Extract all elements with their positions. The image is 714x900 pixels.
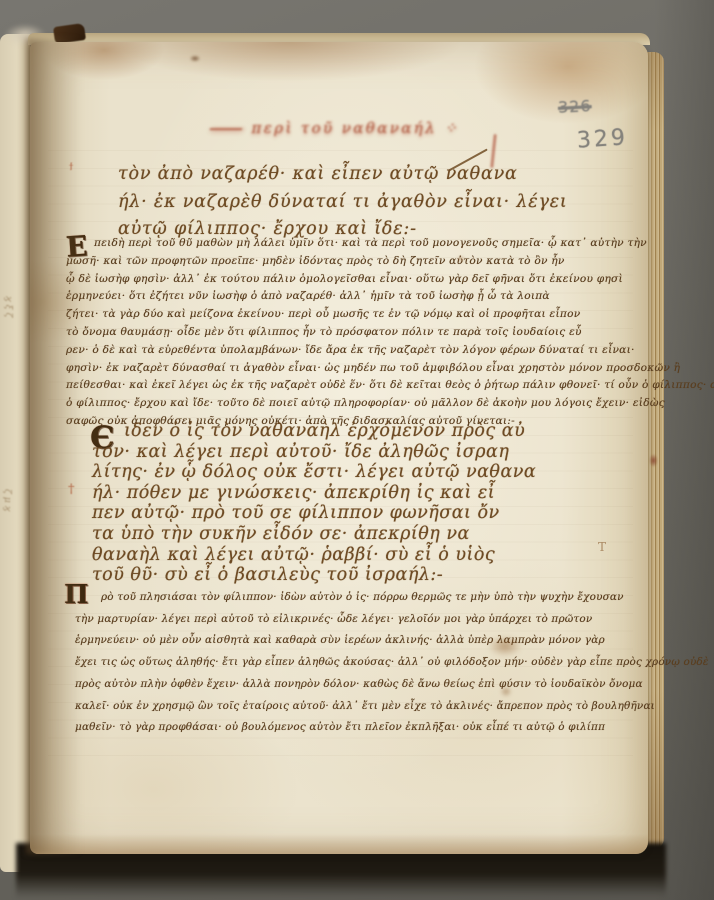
facing-page-edge: ϗξζ ζμϗ — [0, 34, 30, 872]
commentary-line: μωσῆ· καὶ τῶν προφητῶν προεῖπε· μηδὲν ἰδ… — [66, 253, 714, 271]
gospel-text-block-2: ιδεν ὁ ἰς τὸν ναθαναὴλ ἐρχόμενον πρὸς αὐ… — [92, 421, 536, 586]
ink-stain — [648, 452, 659, 469]
folio-number: 329 — [576, 125, 629, 153]
manuscript-page: —περὶ τοῦ ναθαναήλ ⁘ 326 329 ϯ τὸν ἀπὸ ν… — [30, 42, 648, 854]
gospel-line: θαναὴλ καὶ λέγει αὐτῷ· ῥαββί· σὺ εἶ ὁ υἱ… — [92, 545, 536, 566]
rubric-dash: — — [208, 119, 250, 137]
margin-cross-mark: † — [68, 482, 75, 497]
commentary-line: ὁ φίλιππος· ἔρχου καὶ ἴδε· τοῦτο δὲ ποιε… — [66, 395, 714, 413]
photo-backdrop: { "manuscript": { "folio": { "struck_num… — [0, 0, 714, 900]
commentary-line: ᾧ δὲ ἰωσὴφ φησὶν· ἀλλ᾿ ἐκ τούτου πάλιν ὁ… — [66, 271, 714, 289]
gospel-line: λίτης· ἐν ᾧ δόλος οὐκ ἔστι· λέγει αὐτῷ ν… — [92, 462, 536, 483]
commentary-line: φησὶν· ἐκ ναζαρὲτ δύνασθαί τι ἀγαθὸν εἶν… — [66, 360, 714, 378]
folio-number-struck: 326 — [558, 96, 592, 117]
page-bottom-toning — [30, 834, 648, 854]
commentary-line: πρὸς αὐτὸν πλὴν ὀφθὲν ἔχειν· ἀλλὰ πονηρὸ… — [75, 674, 709, 696]
margin-red-mark: ϯ — [69, 160, 73, 173]
gospel-line: τοῦ θῦ· σὺ εἶ ὁ βασιλεὺς τοῦ ἰσραήλ:- — [92, 565, 536, 586]
margin-t-mark: Τ — [598, 540, 606, 554]
commentary-line: καλεῖ· οὐκ ἐν χρησμῷ ὢν τοῖς ἑταίροις αὐ… — [75, 696, 709, 718]
commentary-line: πείθεσθαι· καὶ ἐκεῖ λέγει ὡς ἐκ τῆς ναζα… — [66, 377, 714, 395]
gospel-line: ήλ· ἐκ ναζαρὲθ δύναταί τι ἀγαθὸν εἶναι· … — [118, 189, 568, 217]
marginalia-squiggle: ϗξζ — [3, 296, 13, 320]
commentary-line: πειδὴ περὶ τοῦ θῦ μαθὼν μὴ λάλει ὑμῖν ὅτ… — [66, 235, 714, 253]
commentary-line: τὴν μαρτυρίαν· λέγει περὶ αὐτοῦ τὸ εἰλικ… — [75, 609, 709, 631]
commentary-block-2: ρὸ τοῦ πλησιάσαι τὸν φίλιππον· ἰδὼν αὐτὸ… — [75, 587, 709, 739]
gospel-line: τα ὑπὸ τὴν συκῆν εἶδόν σε· ἀπεκρίθη να — [92, 524, 536, 545]
commentary-line: τὸ ὄνομα θαυμάσῃ· οἶδε μὲν ὅτι φίλιππος … — [66, 324, 714, 342]
gospel-text-block-1: τὸν ἀπὸ ναζαρέθ· καὶ εἶπεν αὐτῷ ναθανα ή… — [118, 161, 568, 244]
gospel-line: ιδεν ὁ ἰς τὸν ναθαναὴλ ἐρχόμενον πρὸς αὐ — [92, 421, 536, 442]
commentary-line: ἑρμηνεύειν· οὐ μὲν οὖν αἰσθητὰ καὶ καθαρ… — [75, 630, 709, 652]
gospel-line: ήλ· πόθεν με γινώσκεις· ἀπεκρίθη ἰς καὶ … — [92, 483, 536, 504]
gospel-line: πεν αὐτῷ· πρὸ τοῦ σε φίλιππον φωνῆσαι ὄν — [92, 503, 536, 524]
commentary-line: ἔχει τις ὡς οὕτως ἀληθής· ἔτι γὰρ εἶπεν … — [75, 652, 709, 674]
commentary-line: μαθεῖν· τὸ γὰρ προφθάσαι· οὐ βουλόμενος … — [75, 717, 709, 739]
gospel-line: τὸν ἀπὸ ναζαρέθ· καὶ εἶπεν αὐτῷ ναθανα — [118, 161, 568, 189]
rubric-title: περὶ τοῦ ναθαναήλ ⁘ — [251, 119, 459, 137]
rubric-heading: —περὶ τοῦ ναθαναήλ ⁘ — [220, 119, 459, 137]
marginalia-squiggle: ζμϗ — [2, 489, 12, 514]
commentary-block-1: πειδὴ περὶ τοῦ θῦ μαθὼν μὴ λάλει ὑμῖν ὅτ… — [66, 235, 714, 431]
commentary-line: ρὸ τοῦ πλησιάσαι τὸν φίλιππον· ἰδὼν αὐτὸ… — [75, 587, 709, 609]
parchment-stain — [188, 54, 202, 63]
commentary-line: ζήτει· τὰ γὰρ δύο καὶ μείζονα ἐκείνου· π… — [66, 306, 714, 324]
commentary-line: ἑρμηνεύει· ὅτι ἐζήτει νῦν ἰωσὴφ ὁ ἀπὸ να… — [66, 288, 714, 306]
commentary-line: ρεν· ὁ δὲ καὶ τὰ εὑρεθέντα ὑπολαμβάνων· … — [66, 342, 714, 360]
gospel-line: τόν· καὶ λέγει περὶ αὐτοῦ· ἴδε ἀληθῶς ἰσ… — [92, 442, 536, 463]
